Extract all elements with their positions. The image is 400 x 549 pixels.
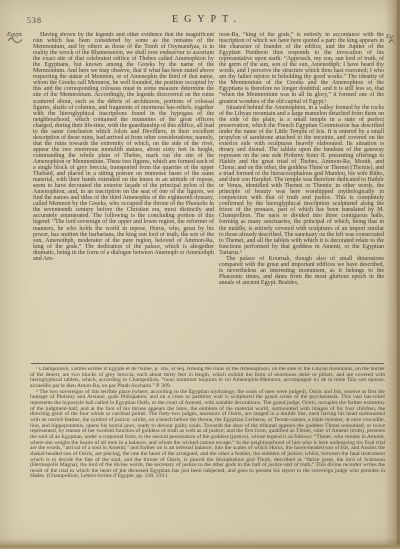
footnote-divider [31,363,384,364]
margin-note-left: Egypt. [3,31,27,43]
footnote: ² The two sovereigns of this terrible pl… [30,390,385,481]
footnotes-section: ¹ Champollion, Lettres écrites d’Égypte … [30,367,385,507]
paragraph: Situated behind the Amenophion, in a val… [219,105,384,256]
footnote: ¹ Champollion, Lettres écrites d’Égypte … [30,367,385,390]
margin-note-label: Egypt. [7,31,23,38]
page-edge-right [385,0,400,549]
page-title: EGYPT. [30,14,384,25]
page-header: 538 EGYPT. [0,14,400,28]
page-edge-bottom [0,538,400,549]
margin-note-right: Egypt. [386,33,400,45]
left-column: Having shown by the legends and other ev… [33,32,214,362]
paragraph: Having shown by the legends and other ev… [33,32,214,262]
paragraph: The palace of Kournah, though also of sm… [219,256,384,286]
right-column: mon-Ra, “king of the gods,” is entirely … [219,32,384,362]
paragraph: mon-Ra, “king of the gods,” is entirely … [219,32,384,105]
margin-note-label: Egypt. [386,33,400,40]
book-page: 538 EGYPT. Egypt. Egypt. Having shown by… [0,0,400,549]
